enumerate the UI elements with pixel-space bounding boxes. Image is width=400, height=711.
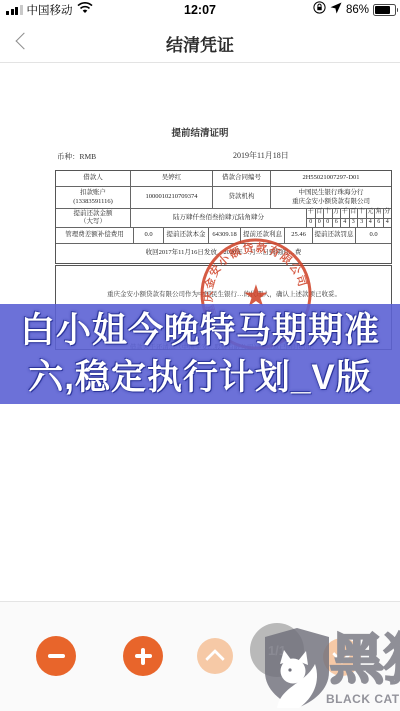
previous-page-button[interactable]	[197, 638, 233, 674]
battery-icon	[373, 4, 396, 16]
digit-value: 0	[316, 219, 325, 228]
penalty-value: 0.0	[356, 228, 391, 243]
nav-bar: 结清凭证	[0, 20, 400, 63]
page-indicator-label: 1/1	[268, 643, 286, 658]
document-date: 2019年11月18日	[233, 150, 289, 161]
contract-number: 2H55021007297-D01	[271, 171, 391, 186]
digit-header: 十	[324, 209, 333, 218]
digit-header: 分	[384, 209, 392, 218]
digit-value: 3	[350, 219, 359, 228]
amount-label-line1: 提前还款金额	[74, 210, 113, 218]
spam-overlay-banner: 白小姐今晚特马期期准 六,稳定执行计划_V版	[0, 304, 400, 404]
currency-label: 币种：RMB	[57, 151, 96, 162]
borrower-label: 借款人	[56, 171, 131, 186]
digit-header: 百	[350, 209, 359, 218]
lender-line1: 中国民生银行珠海分行	[299, 189, 364, 197]
amount-label: 提前还款金额 （大写）	[56, 209, 131, 227]
penalty-label: 提前还款罚息	[313, 228, 356, 243]
plus-icon	[135, 648, 152, 665]
digit-value: 0	[307, 219, 316, 228]
digit-header: 十	[358, 209, 367, 218]
document-title: 提前结清证明	[0, 125, 400, 139]
digit-value: 3	[358, 219, 367, 228]
amount-digit-grid: 千 百 十 万 千 百 十 元 角 分 0	[307, 209, 391, 227]
contract-label: 借款合同编号	[213, 171, 271, 186]
debit-account-number: 1000010210709374	[131, 187, 213, 208]
digit-value: 0	[324, 219, 333, 228]
page-title: 结清凭证	[0, 31, 400, 56]
next-page-button[interactable]	[323, 638, 361, 676]
digit-header: 万	[333, 209, 342, 218]
table-row: 扣款账户 (13383591116) 1000010210709374 贷款机构…	[56, 187, 391, 209]
minus-icon	[48, 654, 65, 658]
mgmt-fee-value: 0.0	[134, 228, 164, 243]
lender-value: 中国民生银行珠海分行 重庆金安小额贷款有限公司	[271, 187, 391, 208]
banner-line2: 六,稳定执行计划_V版	[28, 357, 372, 399]
table-row: 借款人 吴婷红 借款合同编号 2H55021007297-D01	[56, 171, 391, 187]
location-arrow-icon	[330, 1, 342, 19]
table-row: 提前还款金额 （大写） 陆万肆仟叁佰叁拾肆元陆角肆分 千 百 十 万 千 百 十	[56, 209, 391, 228]
debit-account-label-line1: 扣款账户	[80, 189, 106, 197]
digit-value: 6	[375, 219, 384, 228]
mgmt-fee-label: 管理费差额补偿费用	[56, 228, 134, 243]
chevron-down-icon	[332, 644, 352, 664]
lender-line2: 重庆金安小额贷款有限公司	[292, 198, 370, 206]
screen: 中国移动 12:07 86%	[0, 0, 400, 711]
digit-value: 4	[384, 219, 392, 228]
digit-value: 4	[341, 219, 350, 228]
debit-account-label: 扣款账户 (13383591116)	[56, 187, 131, 208]
digit-header: 元	[367, 209, 376, 218]
status-bar: 中国移动 12:07 86%	[0, 0, 400, 20]
digit-header: 百	[316, 209, 325, 218]
page-indicator: 1/1	[250, 623, 304, 677]
banner-line1: 白小姐今晚特马期期准	[20, 310, 380, 352]
digit-value: 4	[367, 219, 376, 228]
battery-percent-label: 86%	[346, 4, 369, 16]
debit-account-label-line2: (13383591116)	[73, 198, 113, 206]
digit-value: 6	[333, 219, 342, 228]
orientation-lock-icon	[313, 1, 326, 19]
digit-header: 千	[307, 209, 316, 218]
amount-in-words: 陆万肆仟叁佰叁拾肆元陆角肆分	[131, 209, 307, 227]
zoom-out-button[interactable]	[36, 636, 76, 676]
amount-label-line2: （大写）	[80, 218, 106, 226]
chevron-up-icon	[205, 649, 225, 669]
borrower-value: 吴婷红	[131, 171, 213, 186]
digit-header: 角	[375, 209, 384, 218]
digit-header: 千	[341, 209, 350, 218]
zoom-in-button[interactable]	[123, 636, 163, 676]
lender-label: 贷款机构	[213, 187, 271, 208]
